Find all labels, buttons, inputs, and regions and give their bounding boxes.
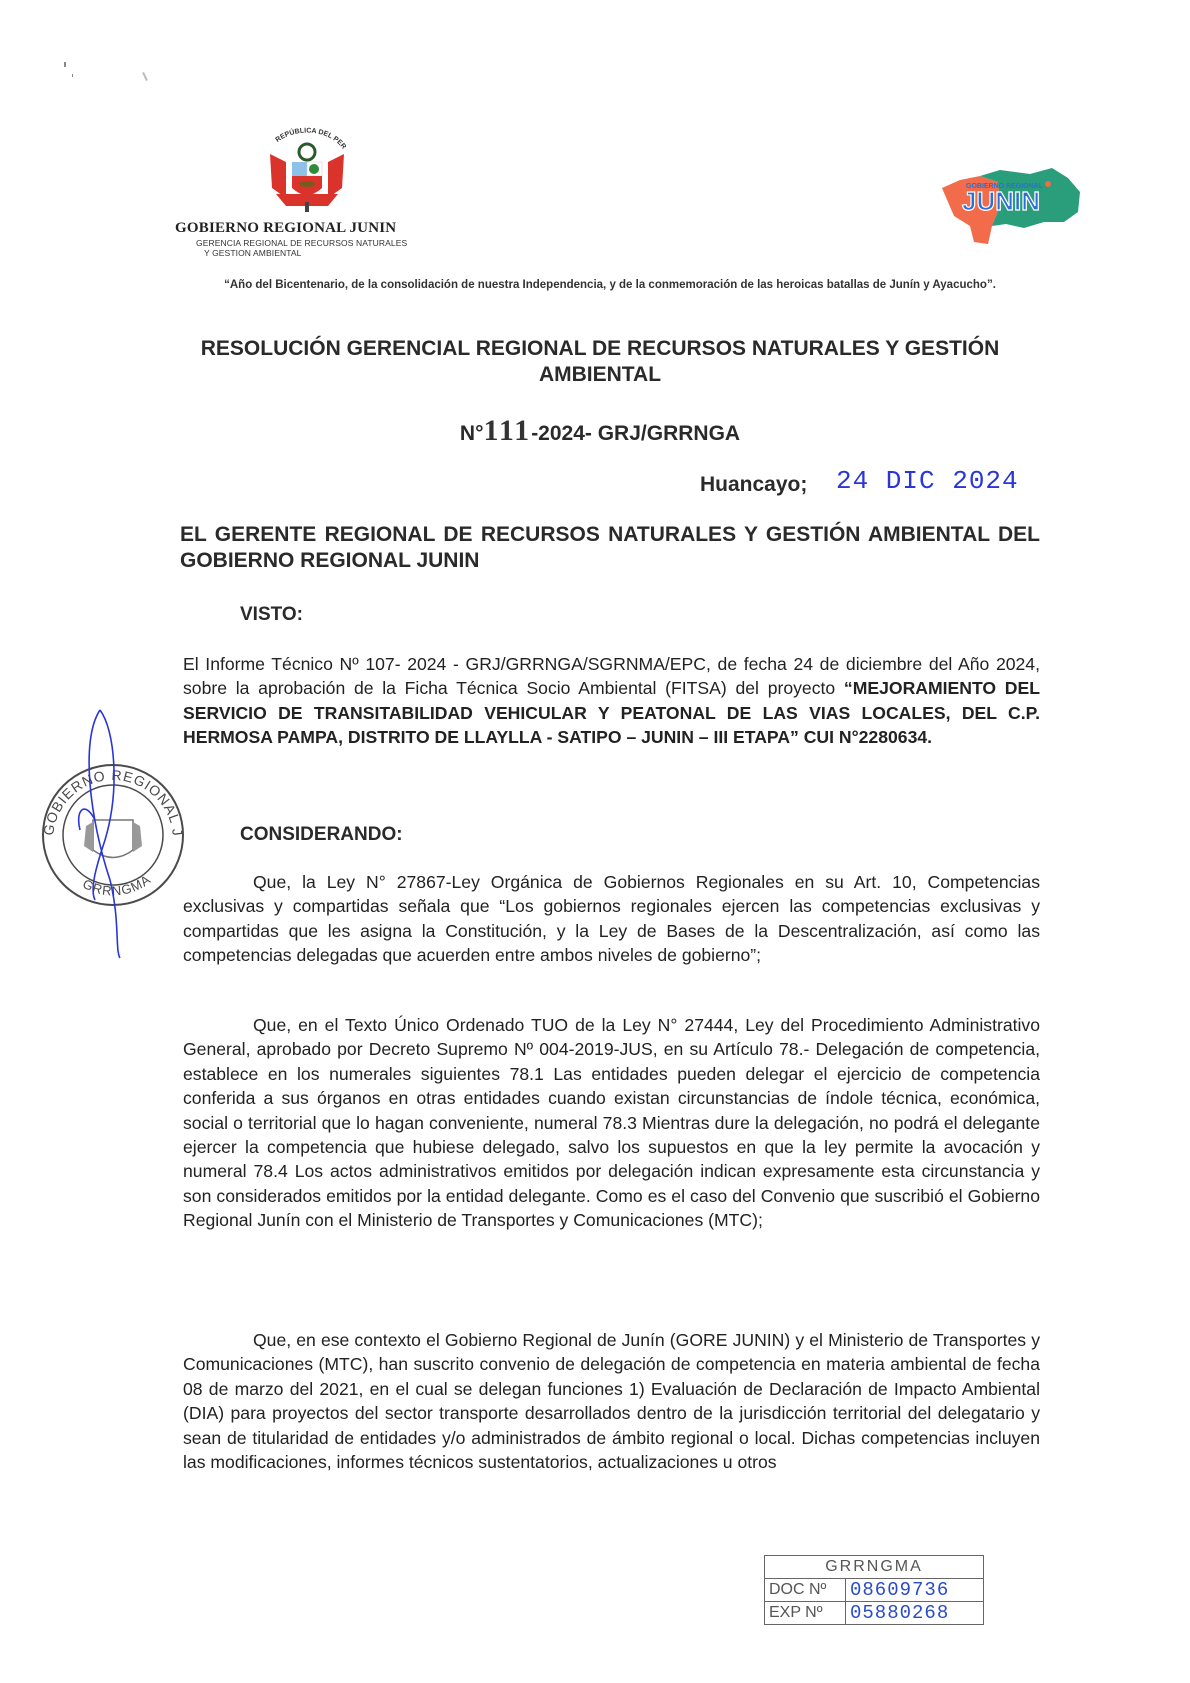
scan-speck [64,62,66,67]
paragraph-text: Que, en el Texto Único Ordenado TUO de l… [183,1015,1040,1230]
scan-speck [72,74,73,77]
paragraph-text: Que, en ese contexto el Gobierno Regiona… [183,1330,1040,1472]
organization-subunit-line-1: GERENCIA REGIONAL DE RECURSOS NATURALES [196,238,407,248]
number-prefix: N° [460,422,484,445]
date-stamp: 24 DIC 2024 [836,466,1019,496]
gobierno-regional-junin-logo: GOBIERNO REGIONAL JUNIN [940,166,1090,246]
peru-coat-of-arms-icon: REPÚBLICA DEL PERÚ [262,118,352,218]
svg-text:JUNIN: JUNIN [962,186,1040,216]
resolution-number: N°111-2024- GRJ/GRRNGA [160,414,1040,448]
considerando-paragraph: Que, en ese contexto el Gobierno Regiona… [183,1328,1040,1474]
visto-paragraph: El Informe Técnico Nº 107- 2024 - GRJ/GR… [183,652,1040,750]
visto-heading: VISTO: [240,604,303,626]
registry-office: GRRNGMA [765,1556,984,1579]
scan-speck [142,72,148,81]
considerando-paragraph: Que, la Ley N° 27867-Ley Orgánica de Gob… [183,870,1040,968]
issuing-authority: EL GERENTE REGIONAL DE RECURSOS NATURALE… [180,522,1040,574]
considerando-paragraph: Que, en el Texto Único Ordenado TUO de l… [183,1013,1040,1233]
organization-subunit: GERENCIA REGIONAL DE RECURSOS NATURALES … [196,238,407,258]
handwritten-signature [60,700,200,960]
doc-number-label: DOC Nº [765,1579,846,1602]
number-suffix: -2024- GRJ/GRRNGA [531,422,740,445]
organization-name: GOBIERNO REGIONAL JUNIN [175,220,396,237]
number-value: 111 [483,414,531,447]
year-motto: “Año del Bicentenario, de la consolidaci… [170,278,1050,293]
doc-number-value: 08609736 [846,1579,984,1602]
exp-number-value: 05880268 [846,1602,984,1625]
issue-city: Huancayo; [700,473,807,497]
exp-number-label: EXP Nº [765,1602,846,1625]
registry-stamp: GRRNGMA DOC Nº 08609736 EXP Nº 05880268 [764,1555,984,1625]
resolution-title: RESOLUCIÓN GERENCIAL REGIONAL DE RECURSO… [160,336,1040,388]
paragraph-text: Que, la Ley N° 27867-Ley Orgánica de Gob… [183,872,1040,965]
organization-subunit-line-2: Y GESTION AMBIENTAL [196,248,407,258]
considerando-heading: CONSIDERANDO: [240,824,403,846]
